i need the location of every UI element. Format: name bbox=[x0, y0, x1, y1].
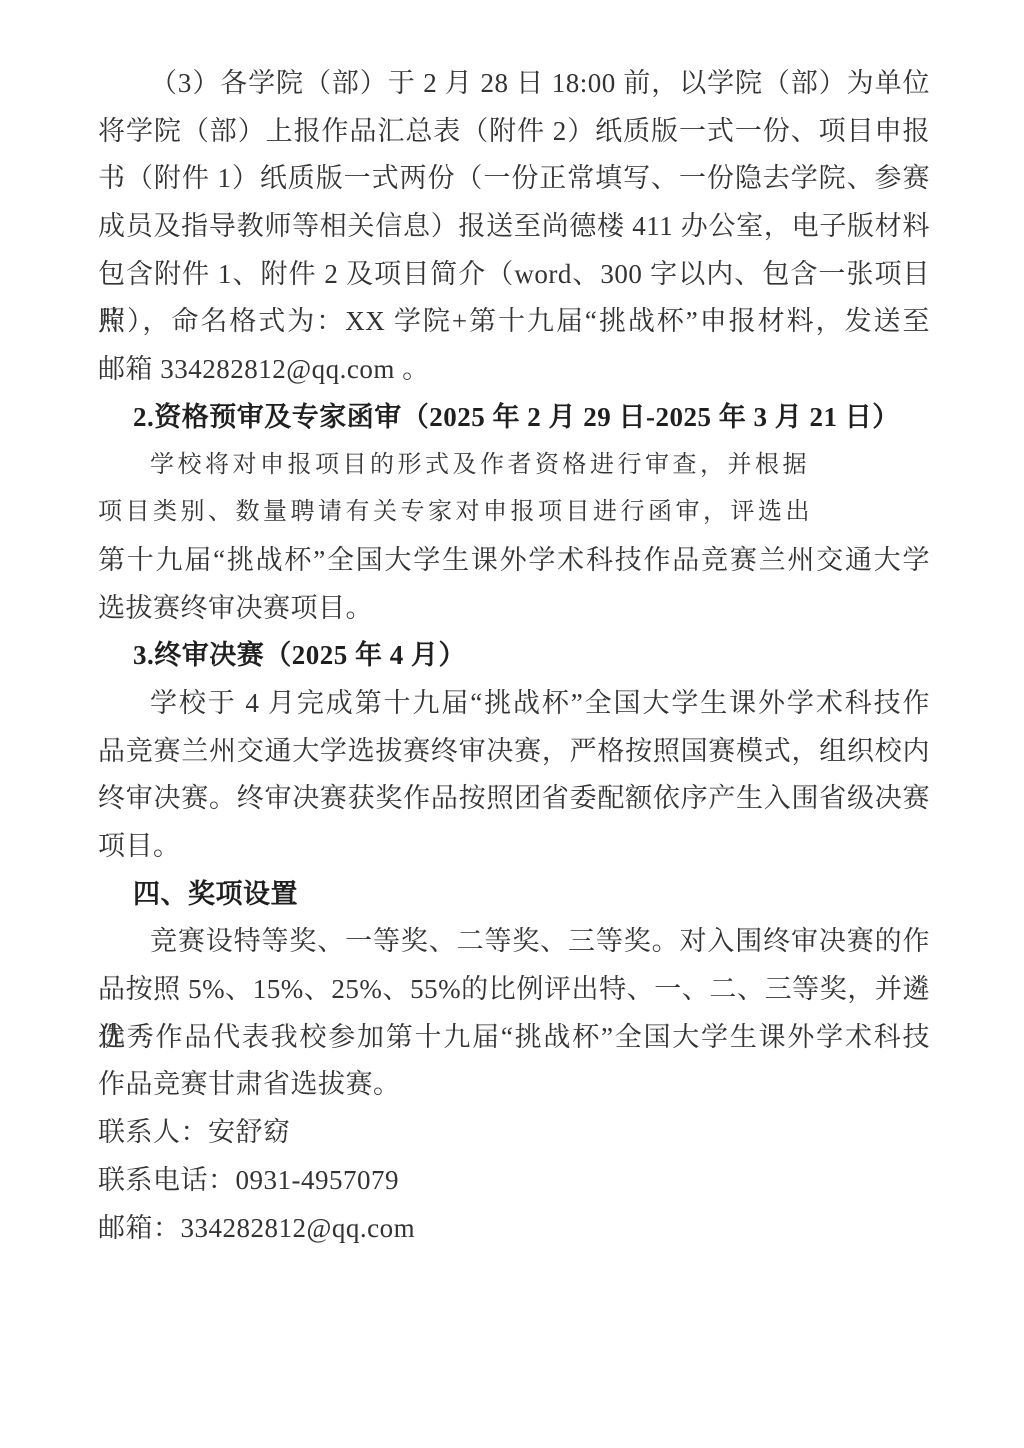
section-heading: 四、奖项设置 bbox=[98, 871, 930, 919]
text-line: 优秀作品代表我校参加第十九届“挑战杯”全国大学生课外学术科技 bbox=[98, 1014, 930, 1062]
text-line: 品竞赛兰州交通大学选拔赛终审决赛，严格按照国赛模式，组织校内 bbox=[98, 728, 930, 776]
text-line: 第十九届“挑战杯”全国大学生课外学术科技作品竞赛兰州交通大学 bbox=[98, 537, 930, 585]
text-line: （3）各学院（部）于 2 月 28 日 18:00 前，以学院（部）为单位 bbox=[98, 60, 930, 108]
text-line: 品按照 5%、15%、25%、55%的比例评出特、一、二、三等奖，并遴选 bbox=[98, 966, 930, 1014]
text-line: 选拔赛终审决赛项目。 bbox=[98, 585, 930, 633]
contact-line: 联系人：安舒窈 bbox=[98, 1109, 930, 1157]
text-line: 竞赛设特等奖、一等奖、二等奖、三等奖。对入围终审决赛的作 bbox=[98, 918, 930, 966]
text-content: （3）各学院（部）于 2 月 28 日 18:00 前，以学院（部）为单位将学院… bbox=[98, 60, 930, 1252]
text-line: 终审决赛。终审决赛获奖作品按照团省委配额依序产生入围省级决赛 bbox=[98, 775, 930, 823]
section-heading: 3.终审决赛（2025 年 4 月） bbox=[98, 632, 930, 680]
text-line: 学校将对申报项目的形式及作者资格进行审查，并根据 bbox=[98, 442, 930, 490]
text-line: 包含附件 1、附件 2 及项目简介（word、300 字以内、包含一张项目照 bbox=[98, 251, 930, 299]
text-line: 学校于 4 月完成第十九届“挑战杯”全国大学生课外学术科技作 bbox=[98, 680, 930, 728]
section-heading: 2.资格预审及专家函审（2025 年 2 月 29 日-2025 年 3 月 2… bbox=[98, 394, 930, 442]
text-line: 项目。 bbox=[98, 823, 930, 871]
text-line: 项目类别、数量聘请有关专家对申报项目进行函审，评选出 bbox=[98, 489, 930, 537]
contact-line: 邮箱：334282812@qq.com bbox=[98, 1205, 930, 1253]
text-line: 作品竞赛甘肃省选拔赛。 bbox=[98, 1061, 930, 1109]
text-line: 书（附件 1）纸质版一式两份（一份正常填写、一份隐去学院、参赛 bbox=[98, 155, 930, 203]
text-line: 片），命名格式为：XX 学院+第十九届“挑战杯”申报材料，发送至 bbox=[98, 298, 930, 346]
text-line: 邮箱 334282812@qq.com 。 bbox=[98, 346, 930, 394]
contact-line: 联系电话：0931-4957079 bbox=[98, 1157, 930, 1205]
text-line: 将学院（部）上报作品汇总表（附件 2）纸质版一式一份、项目申报 bbox=[98, 108, 930, 156]
text-line: 成员及指导教师等相关信息）报送至尚德楼 411 办公室，电子版材料 bbox=[98, 203, 930, 251]
document-page: （3）各学院（部）于 2 月 28 日 18:00 前，以学院（部）为单位将学院… bbox=[0, 0, 1024, 1448]
